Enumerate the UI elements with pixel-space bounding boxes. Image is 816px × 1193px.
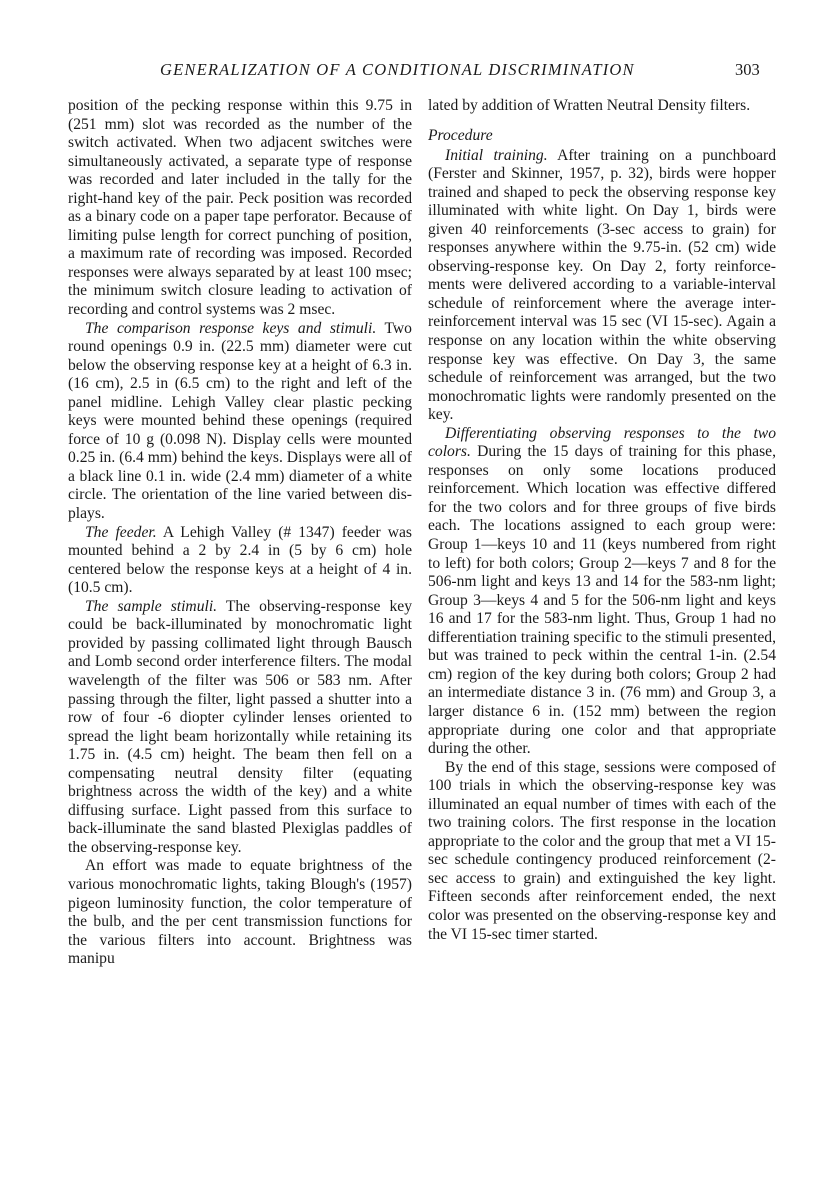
paragraph-sample-stimuli: The sample stimuli. The observing-respon… [68, 598, 412, 858]
paragraph-text: lated by addition of Wratten Neutral Den… [428, 97, 750, 114]
run-in-heading: The comparison response keys and stimuli… [85, 320, 376, 337]
right-column: lated by addition of Wratten Neutral Den… [428, 97, 776, 944]
paragraph-text: Two round openings 0.9 in. (22.5 mm) dia… [68, 320, 412, 522]
left-column: position of the pecking response within … [68, 97, 412, 969]
paragraph-feeder: The feeder. A Lehigh Valley (# 1347) fee… [68, 524, 412, 598]
run-in-heading: Initial training. [445, 147, 548, 164]
paragraph-recording: position of the pecking response within … [68, 97, 412, 320]
paragraph-initial-training: Initial training. After training on a pu… [428, 147, 776, 425]
paragraph-comparison-keys: The comparison response keys and stimuli… [68, 320, 412, 524]
section-heading-procedure: Procedure [428, 125, 776, 147]
page-number: 303 [735, 60, 760, 80]
paragraph-text: An effort was made to equate brightness … [68, 857, 412, 967]
paragraph-text: The observing-response key could be back… [68, 598, 412, 856]
paragraph-differentiating: Differentiating observing responses to t… [428, 425, 776, 759]
run-in-heading: The sample stimuli. [85, 598, 217, 615]
paragraph-text: During the 15 days of training for this … [428, 443, 776, 757]
paragraph-brightness: An effort was made to equate brightness … [68, 857, 412, 968]
paragraph-end-of-stage: By the end of this stage, sessions were … [428, 759, 776, 944]
paragraph-continuation: lated by addition of Wratten Neutral Den… [428, 97, 776, 116]
run-in-heading: The feeder. [85, 524, 157, 541]
paragraph-text: By the end of this stage, sessions were … [428, 759, 776, 943]
paragraph-text: After training on a punch­board (Ferster… [428, 147, 776, 424]
running-head-title: GENERALIZATION OF A CONDITIONAL DISCRIMI… [160, 60, 680, 80]
paragraph-text: position of the pecking response within … [68, 97, 412, 318]
